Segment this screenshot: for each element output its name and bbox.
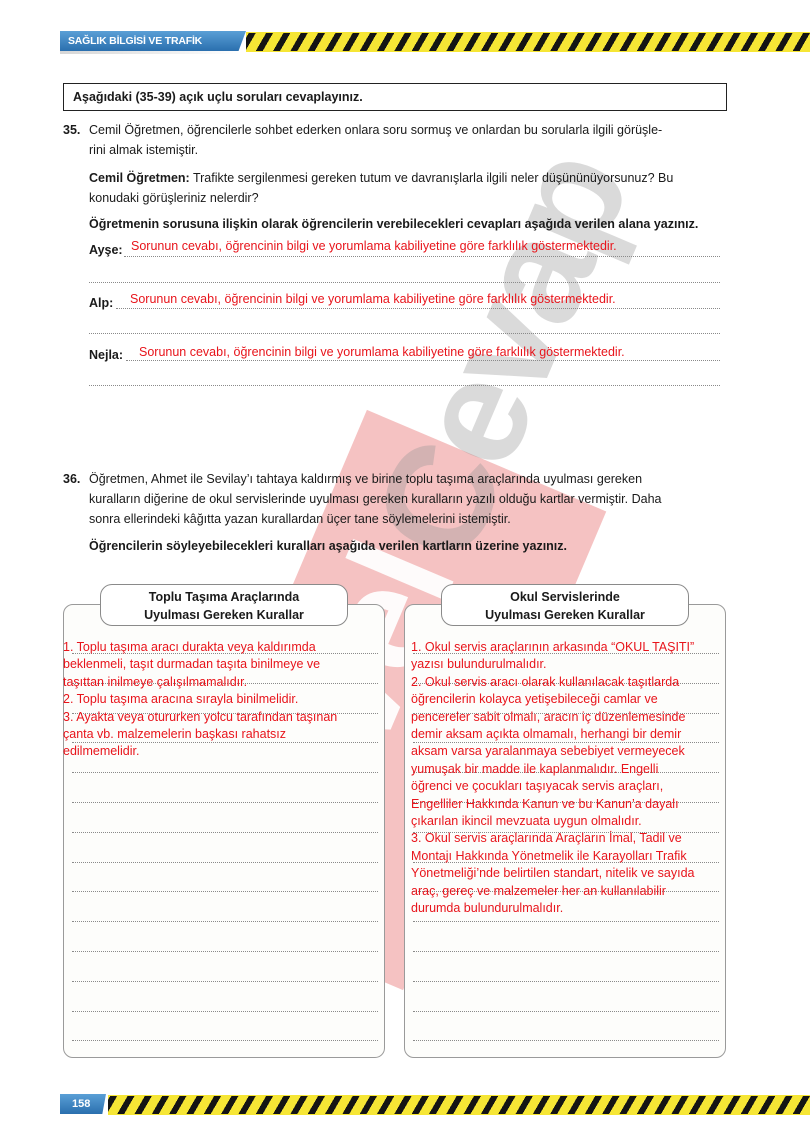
- header-shadow: [60, 51, 240, 54]
- answer-line: [89, 385, 720, 386]
- writing-line: [413, 1040, 719, 1041]
- question-36-number: 36.: [63, 472, 80, 486]
- rule-text-line[interactable]: durumda bulundurulmalıdır.: [411, 900, 563, 917]
- writing-line: [413, 951, 719, 952]
- question-35-question: Cemil Öğretmen: Trafikte sergilenmesi ge…: [89, 168, 673, 208]
- rule-text-line[interactable]: Montajı Hakkında Yönetmelik ile Karayoll…: [411, 848, 687, 865]
- rule-text-line[interactable]: taşıttan inilmeye çalışılmamalıdır.: [63, 674, 247, 691]
- q36-line3: sonra ellerindeki kâğıtta yazan kurallar…: [89, 509, 662, 529]
- card-title-public-transport: Toplu Taşıma Araçlarında Uyulması Gereke…: [100, 584, 348, 626]
- rule-text-line[interactable]: 1. Toplu taşıma aracı durakta veya kaldı…: [63, 639, 316, 656]
- question-35-intro: Cemil Öğretmen, öğrencilerle sohbet eder…: [89, 120, 662, 160]
- writing-line: [72, 951, 378, 952]
- answer-text-ayse[interactable]: Sorunun cevabı, öğrencinin bilgi ve yoru…: [131, 239, 617, 253]
- answer-label-alp: Alp:: [89, 296, 113, 310]
- rule-text-line[interactable]: aksam varsa yaralanmaya sebebiyet vermey…: [411, 743, 685, 760]
- rule-text-line[interactable]: çanta vb. malzemelerin başkası rahatsız: [63, 726, 286, 743]
- question-35-task: Öğretmenin sorusuna ilişkin olarak öğren…: [89, 214, 698, 234]
- writing-line: [413, 981, 719, 982]
- answer-line: [116, 308, 720, 309]
- rule-text-line[interactable]: Yönetmeliği’nde belirtilen standart, nit…: [411, 865, 695, 882]
- rule-text-line[interactable]: öğrencilerin kolayca yetişebileceği caml…: [411, 691, 658, 708]
- writing-line: [72, 772, 378, 773]
- rule-text-line[interactable]: 3. Okul servis araçlarında Araçların İma…: [411, 830, 682, 847]
- writing-line: [72, 862, 378, 863]
- writing-line: [413, 1011, 719, 1012]
- rule-text-line[interactable]: 2. Okul servis aracı olarak kullanılacak…: [411, 674, 679, 691]
- q35-question-line1: Trafikte sergilenmesi gereken tutum ve d…: [190, 171, 674, 185]
- rule-text-line[interactable]: çıkarılan ikincil mevzuata uygun olmalıd…: [411, 813, 642, 830]
- writing-line: [413, 921, 719, 922]
- rule-text-line[interactable]: demir aksam açıkta olmamalı, herhangi bi…: [411, 726, 681, 743]
- rule-text-line[interactable]: yazısı bulundurulmalıdır.: [411, 656, 547, 673]
- writing-line: [72, 1040, 378, 1041]
- q35-question-line2: konudaki görüşleriniz nelerdir?: [89, 188, 673, 208]
- hazard-stripes-top: [246, 32, 810, 52]
- instruction-box: Aşağıdaki (35-39) açık uçlu soruları cev…: [63, 83, 727, 111]
- answer-line: [89, 282, 720, 283]
- question-36-text: Öğretmen, Ahmet ile Sevilay’ı tahtaya ka…: [89, 469, 662, 529]
- rule-text-line[interactable]: yumuşak bir madde ile kaplanmalıdır. Eng…: [411, 761, 658, 778]
- card-title-line2: Uyulması Gereken Kurallar: [101, 606, 347, 624]
- answer-label-nejla: Nejla:: [89, 348, 123, 362]
- writing-line: [72, 832, 378, 833]
- rule-text-line[interactable]: 1. Okul servis araçlarının arkasında “OK…: [411, 639, 694, 656]
- q36-line2: kuralların diğerine de okul servislerind…: [89, 489, 662, 509]
- rule-text-line[interactable]: Engelliler Hakkında Kanun ve bu Kanun’a …: [411, 796, 679, 813]
- card-title-line1: Okul Servislerinde: [442, 588, 688, 606]
- answer-text-nejla[interactable]: Sorunun cevabı, öğrencinin bilgi ve yoru…: [139, 345, 625, 359]
- header-band: SAĞLIK BİLGİSİ VE TRAFİK KÜLTÜRÜ: [60, 31, 810, 51]
- card-title-school-service: Okul Servislerinde Uyulması Gereken Kura…: [441, 584, 689, 626]
- section-title: SAĞLIK BİLGİSİ VE TRAFİK KÜLTÜRÜ: [60, 31, 246, 51]
- rule-text-line[interactable]: 2. Toplu taşıma aracına sırayla binilmel…: [63, 691, 298, 708]
- writing-line: [72, 921, 378, 922]
- writing-line: [72, 891, 378, 892]
- answer-text-alp[interactable]: Sorunun cevabı, öğrencinin bilgi ve yoru…: [130, 292, 616, 306]
- writing-line: [72, 981, 378, 982]
- question-36-task: Öğrencilerin söyleyebilecekleri kurallar…: [89, 536, 567, 556]
- hazard-stripes-bottom: [108, 1095, 810, 1115]
- card-title-line1: Toplu Taşıma Araçlarında: [101, 588, 347, 606]
- writing-line: [72, 802, 378, 803]
- rule-text-line[interactable]: beklenmeli, taşıt durmadan taşıta binilm…: [63, 656, 320, 673]
- speaker-label: Cemil Öğretmen:: [89, 171, 190, 185]
- page-number: 158: [60, 1094, 106, 1114]
- q35-intro-line2: rini almak istemiştir.: [89, 140, 662, 160]
- answer-line: [124, 256, 720, 257]
- question-35-number: 35.: [63, 123, 80, 137]
- rule-text-line[interactable]: öğrenci ve çocukları taşıyacak servis ar…: [411, 778, 663, 795]
- rule-text-line[interactable]: pencereler sabit olmalı, aracın iç düzen…: [411, 709, 685, 726]
- rule-text-line[interactable]: edilmemelidir.: [63, 743, 139, 760]
- answer-line: [126, 360, 720, 361]
- writing-line: [72, 1011, 378, 1012]
- q35-intro-line1: Cemil Öğretmen, öğrencilerle sohbet eder…: [89, 120, 662, 140]
- rule-text-line[interactable]: araç, gereç ve malzemeler her an kullanı…: [411, 883, 666, 900]
- footer-band: 158: [60, 1094, 810, 1114]
- answer-label-ayse: Ayşe:: [89, 243, 123, 257]
- card-title-line2: Uyulması Gereken Kurallar: [442, 606, 688, 624]
- q36-line1: Öğretmen, Ahmet ile Sevilay’ı tahtaya ka…: [89, 469, 662, 489]
- rule-text-line[interactable]: 3. Ayakta veya otururken yolcu tarafında…: [63, 709, 337, 726]
- answer-line: [89, 333, 720, 334]
